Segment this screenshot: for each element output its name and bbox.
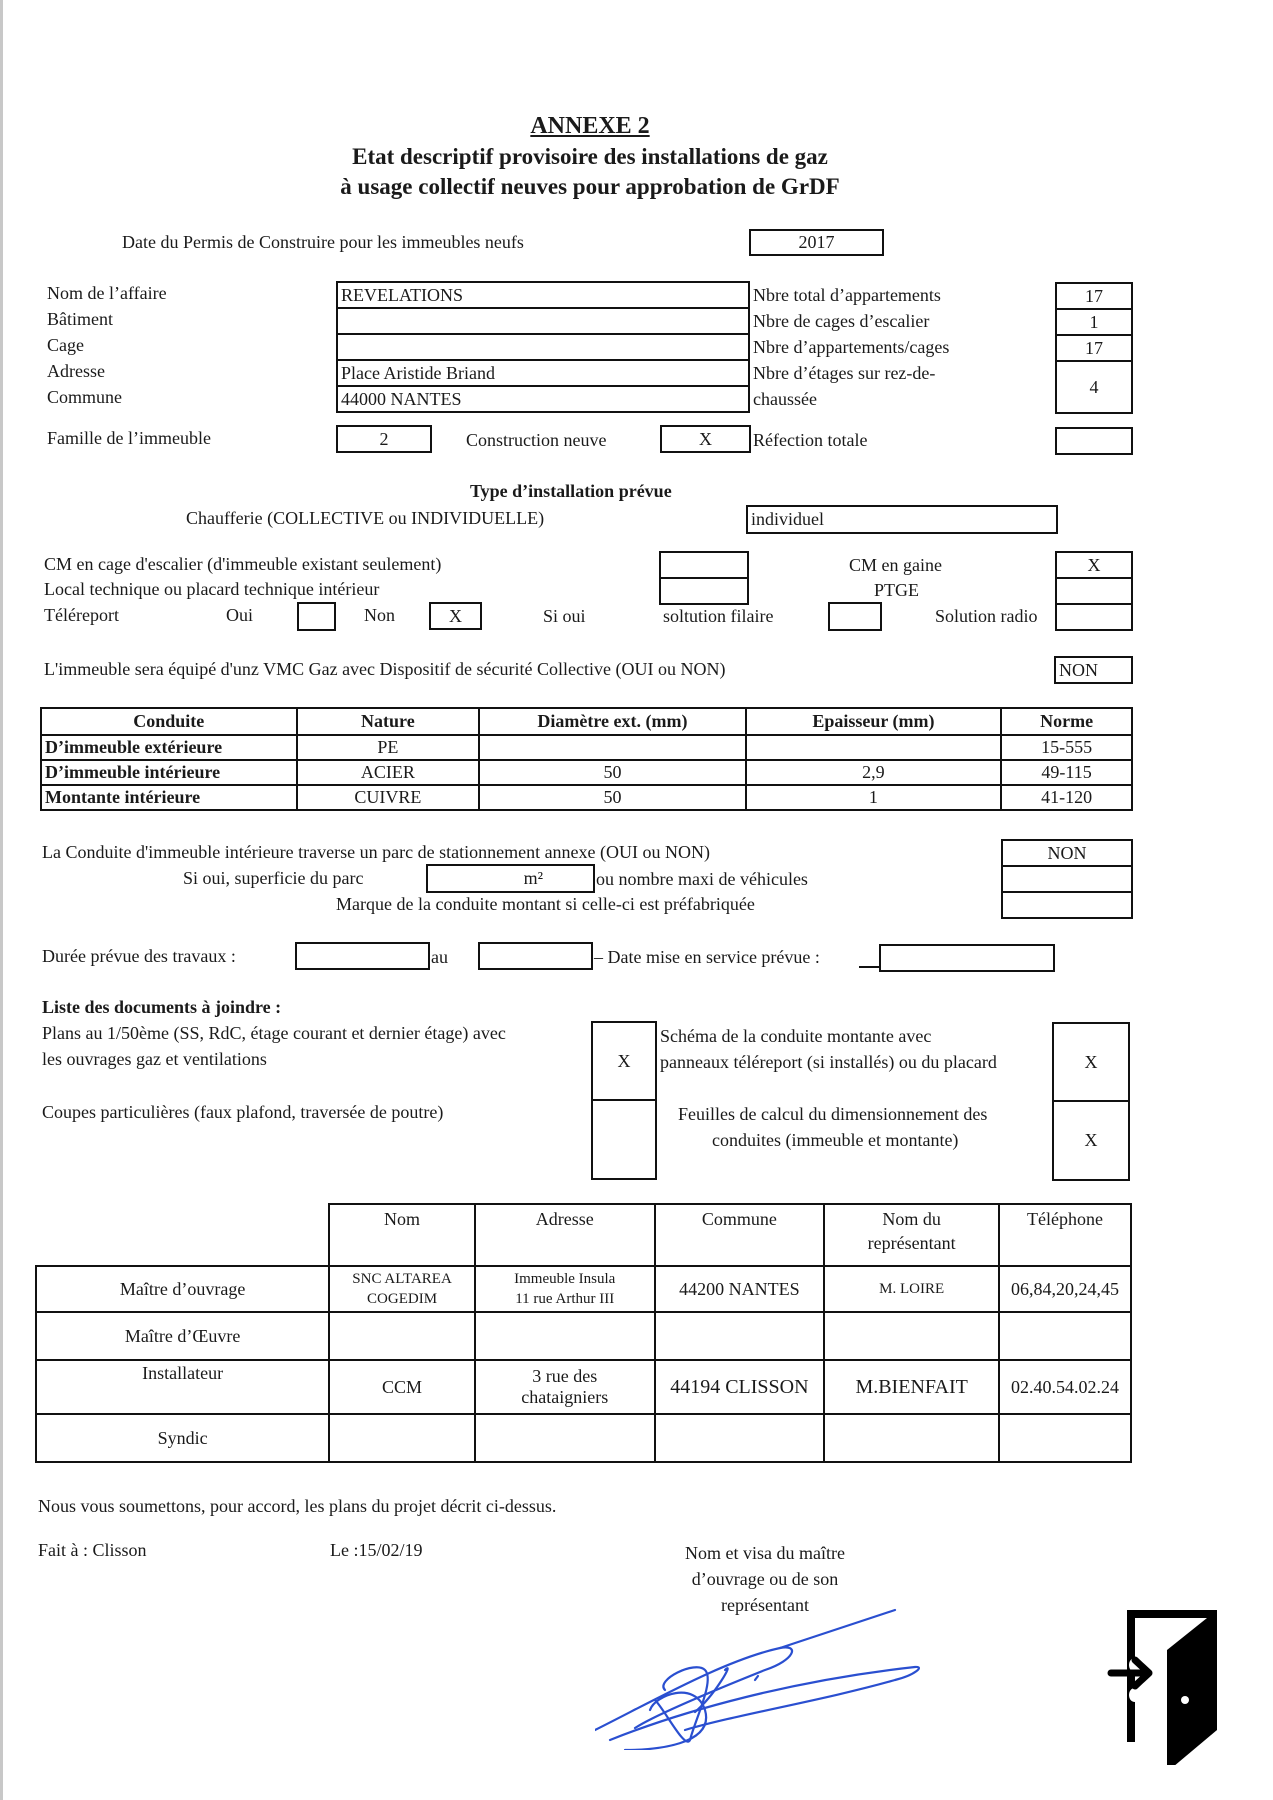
permis-label: Date du Permis de Construire pour les im… <box>122 231 524 253</box>
commune-cell[interactable] <box>655 1414 825 1462</box>
famille-label: Famille de l’immeuble <box>47 427 211 449</box>
col-conduite: Conduite <box>41 708 297 735</box>
conduite-cell: D’immeuble extérieure <box>41 735 297 760</box>
doc-schema-checkbox[interactable]: X <box>1052 1022 1130 1102</box>
cm-cage-checkbox[interactable] <box>659 551 749 579</box>
table-row: Montante intérieure CUIVRE 50 1 41-120 <box>41 785 1132 810</box>
appartements-par-cage-label: Nbre d’appartements/cages <box>753 336 949 358</box>
superficie-unit: m² <box>524 868 543 889</box>
epaisseur-cell[interactable]: 2,9 <box>746 760 1002 785</box>
signature <box>595 1600 925 1750</box>
nom-affaire-field[interactable]: REVELATIONS <box>336 281 750 309</box>
adresse-cell[interactable] <box>475 1312 655 1360</box>
construction-neuve-checkbox[interactable]: X <box>660 425 751 453</box>
conduites-header-row: Conduite Nature Diamètre ext. (mm) Epais… <box>41 708 1132 735</box>
local-technique-checkbox[interactable] <box>659 577 749 605</box>
telephone-cell[interactable]: 06,84,20,24,45 <box>999 1266 1131 1312</box>
doc-coupes-label: Coupes particulières (faux plafond, trav… <box>42 1101 443 1123</box>
adresse-line1: Immeuble Insula <box>479 1269 651 1289</box>
parc-traverse-label: La Conduite d'immeuble intérieure traver… <box>42 841 710 863</box>
nom-affaire-label: Nom de l’affaire <box>47 282 167 304</box>
doc-calcul-line2: conduites (immeuble et montante) <box>712 1129 958 1151</box>
vmc-label: L'immeuble sera équipé d'unz VMC Gaz ave… <box>44 658 725 680</box>
norme-cell[interactable]: 15-555 <box>1001 735 1132 760</box>
fait-a: Fait à : Clisson <box>38 1539 147 1561</box>
col-telephone: Téléphone <box>999 1204 1131 1266</box>
table-row: Maître d’ouvrage SNC ALTAREA COGEDIM Imm… <box>36 1266 1131 1312</box>
ptge-label: PTGE <box>874 579 919 601</box>
cage-label: Cage <box>47 334 84 356</box>
vehicules-field[interactable] <box>1001 865 1133 893</box>
doc-schema-line2: panneaux téléreport (si installés) ou du… <box>660 1051 997 1073</box>
non-label: Non <box>364 604 395 626</box>
visa-line2: d’ouvrage ou de son <box>640 1566 890 1592</box>
mise-en-service-field[interactable] <box>879 944 1055 972</box>
nom-cell[interactable]: CCM <box>329 1360 475 1414</box>
batiment-field[interactable] <box>336 307 750 335</box>
nom-cell[interactable] <box>329 1414 475 1462</box>
nom-line2: COGEDIM <box>333 1289 471 1309</box>
etages-label-line1: Nbre d’étages sur rez-de- <box>753 362 935 384</box>
page-edge <box>0 0 3 1800</box>
col-commune: Commune <box>655 1204 825 1266</box>
col-representant-line2: représentant <box>828 1231 995 1255</box>
refection-label: Réfection totale <box>753 429 867 451</box>
installation-heading: Type d’installation prévue <box>470 480 672 502</box>
representant-cell[interactable]: M.BIENFAIT <box>824 1360 999 1414</box>
adresse-cell[interactable]: 3 rue des chataigniers <box>475 1360 655 1414</box>
col-adresse: Adresse <box>475 1204 655 1266</box>
table-row: Installateur CCM 3 rue des chataigniers … <box>36 1360 1131 1414</box>
doc-plans-line1: Plans au 1/50ème (SS, RdC, étage courant… <box>42 1022 506 1044</box>
doc-plans-line2: les ouvrages gaz et ventilations <box>42 1048 267 1070</box>
cages-escalier-label: Nbre de cages d’escalier <box>753 310 929 332</box>
permis-field[interactable]: 2017 <box>749 229 884 256</box>
commune-cell[interactable] <box>655 1312 825 1360</box>
documents-heading: Liste des documents à joindre : <box>42 996 281 1018</box>
epaisseur-cell[interactable]: 1 <box>746 785 1002 810</box>
document-title-line1: Etat descriptif provisoire des installat… <box>0 144 1180 170</box>
col-representant-line1: Nom du <box>828 1207 995 1231</box>
duree-travaux-label: Durée prévue des travaux : <box>42 945 236 967</box>
table-row: D’immeuble intérieure ACIER 50 2,9 49-11… <box>41 760 1132 785</box>
solution-filaire-checkbox[interactable] <box>828 602 882 631</box>
cm-cage-label: CM en cage d'escalier (d'immeuble exista… <box>44 553 441 575</box>
vmc-field[interactable]: NON <box>1054 656 1133 684</box>
marque-label: Marque de la conduite montant si celle-c… <box>336 893 755 915</box>
col-nature: Nature <box>297 708 480 735</box>
cages-escalier-field[interactable]: 1 <box>1055 308 1133 336</box>
ptge-checkbox[interactable] <box>1055 577 1133 605</box>
empty-corner <box>36 1204 329 1266</box>
diametre-cell[interactable]: 50 <box>479 760 745 785</box>
role-cell: Maître d’Œuvre <box>36 1312 329 1360</box>
norme-cell[interactable]: 41-120 <box>1001 785 1132 810</box>
adresse-line2: chataigniers <box>479 1387 651 1408</box>
nom-cell[interactable] <box>329 1312 475 1360</box>
doc-calcul-checkbox[interactable]: X <box>1052 1100 1130 1181</box>
submission-text: Nous vous soumettons, pour accord, les p… <box>38 1495 556 1517</box>
si-oui-label: Si oui <box>543 605 586 627</box>
au-label: au <box>431 946 448 968</box>
underline-decor <box>859 966 880 968</box>
doc-calcul-line1: Feuilles de calcul du dimensionnement de… <box>678 1103 987 1125</box>
total-appartements-label: Nbre total d’appartements <box>753 284 941 306</box>
col-representant: Nom du représentant <box>824 1204 999 1266</box>
nature-cell[interactable]: PE <box>297 735 480 760</box>
commune-field[interactable]: 44000 NANTES <box>336 385 750 413</box>
nom-cell[interactable]: SNC ALTAREA COGEDIM <box>329 1266 475 1312</box>
telephone-cell[interactable] <box>999 1414 1131 1462</box>
adresse-line1: 3 rue des <box>479 1366 651 1387</box>
famille-field[interactable]: 2 <box>336 425 432 453</box>
representant-cell[interactable] <box>824 1414 999 1462</box>
marque-conduite-field[interactable] <box>1001 891 1133 919</box>
adresse-line2: 11 rue Arthur III <box>479 1289 651 1309</box>
telereport-non-checkbox[interactable]: X <box>429 602 482 630</box>
total-appartements-field[interactable]: 17 <box>1055 282 1133 310</box>
enter-door-icon[interactable] <box>1105 1610 1220 1765</box>
superficie-field[interactable]: m² <box>426 864 595 893</box>
table-row: Syndic <box>36 1414 1131 1462</box>
cm-gaine-label: CM en gaine <box>849 554 942 576</box>
document-title-line2: à usage collectif neuves pour approbatio… <box>0 174 1180 200</box>
date-le: Le :15/02/19 <box>330 1539 423 1561</box>
chaufferie-label: Chaufferie (COLLECTIVE ou INDIVIDUELLE) <box>186 507 544 529</box>
adresse-field[interactable]: Place Aristide Briand <box>336 359 750 387</box>
conduite-cell: Montante intérieure <box>41 785 297 810</box>
epaisseur-cell[interactable] <box>746 735 1002 760</box>
adresse-label: Adresse <box>47 360 105 382</box>
doc-schema-line1: Schéma de la conduite montante avec <box>660 1025 931 1047</box>
chaufferie-field[interactable]: individuel <box>746 505 1058 534</box>
representant-cell[interactable] <box>824 1312 999 1360</box>
role-cell: Syndic <box>36 1414 329 1462</box>
mise-en-service-label: – Date mise en service prévue : <box>594 946 820 968</box>
etages-field[interactable]: 4 <box>1055 360 1133 414</box>
solution-filaire-label: soltution filaire <box>663 605 773 627</box>
col-norme: Norme <box>1001 708 1132 735</box>
visa-line1: Nom et visa du maître <box>640 1540 890 1566</box>
intervenants-table: Nom Adresse Commune Nom du représentant … <box>35 1203 1132 1463</box>
representant-cell[interactable]: M. LOIRE <box>824 1266 999 1312</box>
travaux-end-field[interactable] <box>478 942 593 970</box>
travaux-start-field[interactable] <box>295 942 430 970</box>
diametre-cell[interactable]: 50 <box>479 785 745 810</box>
commune-label: Commune <box>47 386 122 408</box>
adresse-cell[interactable]: Immeuble Insula 11 rue Arthur III <box>475 1266 655 1312</box>
cm-gaine-checkbox[interactable]: X <box>1055 551 1133 579</box>
appartements-par-cage-field[interactable]: 17 <box>1055 334 1133 362</box>
role-cell: Installateur <box>36 1360 329 1414</box>
vehicules-label: ou nombre maxi de véhicules <box>596 868 808 890</box>
diametre-cell[interactable] <box>479 735 745 760</box>
table-row: D’immeuble extérieure PE 15-555 <box>41 735 1132 760</box>
telephone-cell[interactable]: 02.40.54.02.24 <box>999 1360 1131 1414</box>
oui-label: Oui <box>226 604 253 626</box>
solution-radio-checkbox[interactable] <box>1055 603 1133 631</box>
etages-label-line2: chaussée <box>753 388 817 410</box>
nature-cell[interactable]: ACIER <box>297 760 480 785</box>
col-epaisseur: Epaisseur (mm) <box>746 708 1002 735</box>
superficie-label: Si oui, superficie du parc <box>183 867 363 889</box>
commune-cell[interactable]: 44194 CLISSON <box>655 1360 825 1414</box>
doc-plans-checkbox[interactable]: X <box>591 1021 657 1101</box>
adresse-cell[interactable] <box>475 1414 655 1462</box>
conduites-table: Conduite Nature Diamètre ext. (mm) Epais… <box>40 707 1133 811</box>
intervenants-header-row: Nom Adresse Commune Nom du représentant … <box>36 1204 1131 1266</box>
annexe-title: ANNEXE 2 <box>0 113 1180 140</box>
parc-traverse-field[interactable]: NON <box>1001 839 1133 867</box>
col-diametre: Diamètre ext. (mm) <box>479 708 745 735</box>
doc-coupes-checkbox[interactable] <box>591 1099 657 1180</box>
role-cell: Maître d’ouvrage <box>36 1266 329 1312</box>
conduite-cell: D’immeuble intérieure <box>41 760 297 785</box>
col-nom: Nom <box>329 1204 475 1266</box>
telereport-label: Téléreport <box>44 604 119 626</box>
norme-cell[interactable]: 49-115 <box>1001 760 1132 785</box>
local-technique-label: Local technique ou placard technique int… <box>44 578 379 600</box>
nom-line1: SNC ALTAREA <box>333 1269 471 1289</box>
cage-field[interactable] <box>336 333 750 361</box>
nature-cell[interactable]: CUIVRE <box>297 785 480 810</box>
refection-checkbox[interactable] <box>1055 427 1133 455</box>
construction-neuve-label: Construction neuve <box>466 429 606 451</box>
telephone-cell[interactable] <box>999 1312 1131 1360</box>
solution-radio-label: Solution radio <box>935 605 1038 627</box>
telereport-oui-checkbox[interactable] <box>297 602 336 631</box>
batiment-label: Bâtiment <box>47 308 113 330</box>
table-row: Maître d’Œuvre <box>36 1312 1131 1360</box>
commune-cell[interactable]: 44200 NANTES <box>655 1266 825 1312</box>
